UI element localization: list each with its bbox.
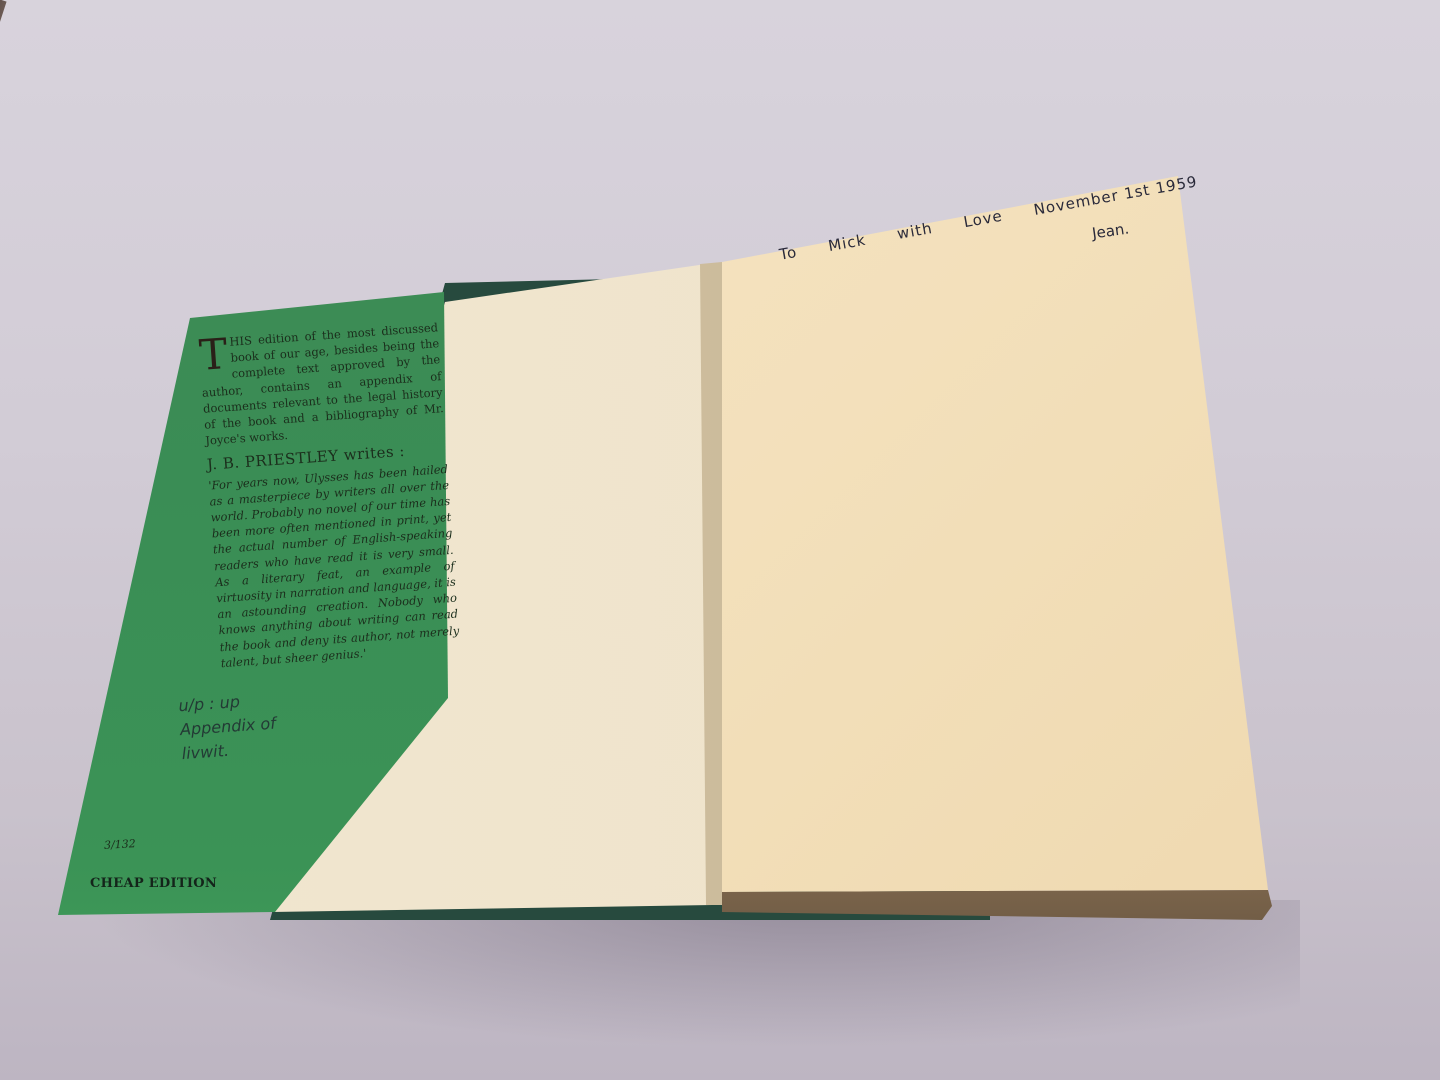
jacket-blurb: HIS edition of the most discussed book o… [201, 320, 444, 448]
background-object [0, 0, 7, 534]
inscription-word: To [778, 243, 799, 264]
edition-label: CHEAP EDITION [90, 876, 217, 891]
price-code: 3/132 [104, 837, 136, 852]
handwritten-pencil-note: u/p : up Appendix of livwit. [178, 686, 303, 766]
jacket-flap-text: T HIS edition of the most discussed book… [198, 319, 461, 671]
priestley-quote: 'For years now, Ulysses has been hailed … [208, 461, 461, 672]
book-shadow [80, 900, 1300, 1050]
photo-scene: T HIS edition of the most discussed book… [0, 0, 1440, 1080]
dropcap: T [198, 336, 228, 374]
